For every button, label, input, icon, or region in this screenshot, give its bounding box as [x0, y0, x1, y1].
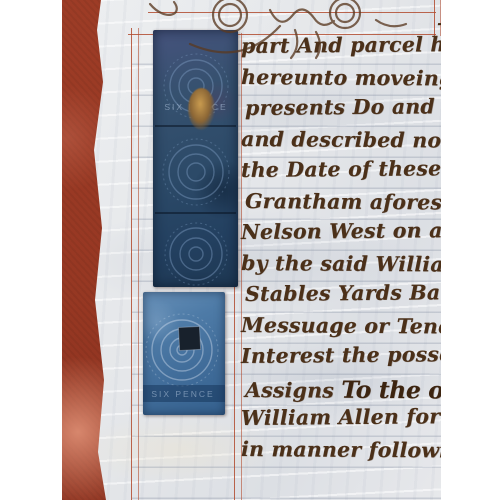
manuscript-line: William Allen for	[241, 404, 441, 437]
manuscript-text: part And parcel h hereunto moveing prese…	[241, 34, 441, 468]
screenshot-root: { "manuscript": { "initial": "Re", "line…	[0, 0, 500, 500]
manuscript-line: Messuage or Tenemen	[241, 313, 441, 346]
red-margin-rule-left	[131, 28, 139, 500]
manuscript-line-plain: Assigns	[245, 378, 341, 403]
manuscript-line: Interest the possessio	[241, 342, 441, 375]
manuscript-line: Stables Yards Barkha	[245, 280, 441, 313]
embossed-denomination: SIX PENCE	[151, 389, 214, 399]
manuscript-line: part And parcel h	[241, 32, 441, 65]
manuscript-line: the Date of these pre	[241, 156, 441, 189]
punch-hole	[178, 326, 200, 350]
manuscript-line: and described now be	[241, 127, 441, 160]
manuscript-line: presents Do and cart	[245, 94, 441, 127]
manuscript-line: Grantham aforesaid	[245, 189, 441, 222]
manuscript-line: Nelson West on a Mes	[241, 218, 441, 251]
parchment-sheet: Re SIX PENCE	[90, 0, 441, 500]
manuscript-line: in manner following	[241, 437, 441, 470]
manuscript-line: hereunto moveing	[241, 65, 441, 98]
revenue-stamp-lower: SIX PENCE	[143, 292, 225, 415]
manuscript-line-emphasis: To the only	[341, 376, 441, 405]
manuscript-line: Assigns To the only	[245, 375, 441, 408]
manuscript-line: by the said William	[241, 251, 441, 284]
gilt-crown-mark	[188, 88, 215, 130]
framed-document-photo: Re SIX PENCE	[62, 0, 441, 500]
